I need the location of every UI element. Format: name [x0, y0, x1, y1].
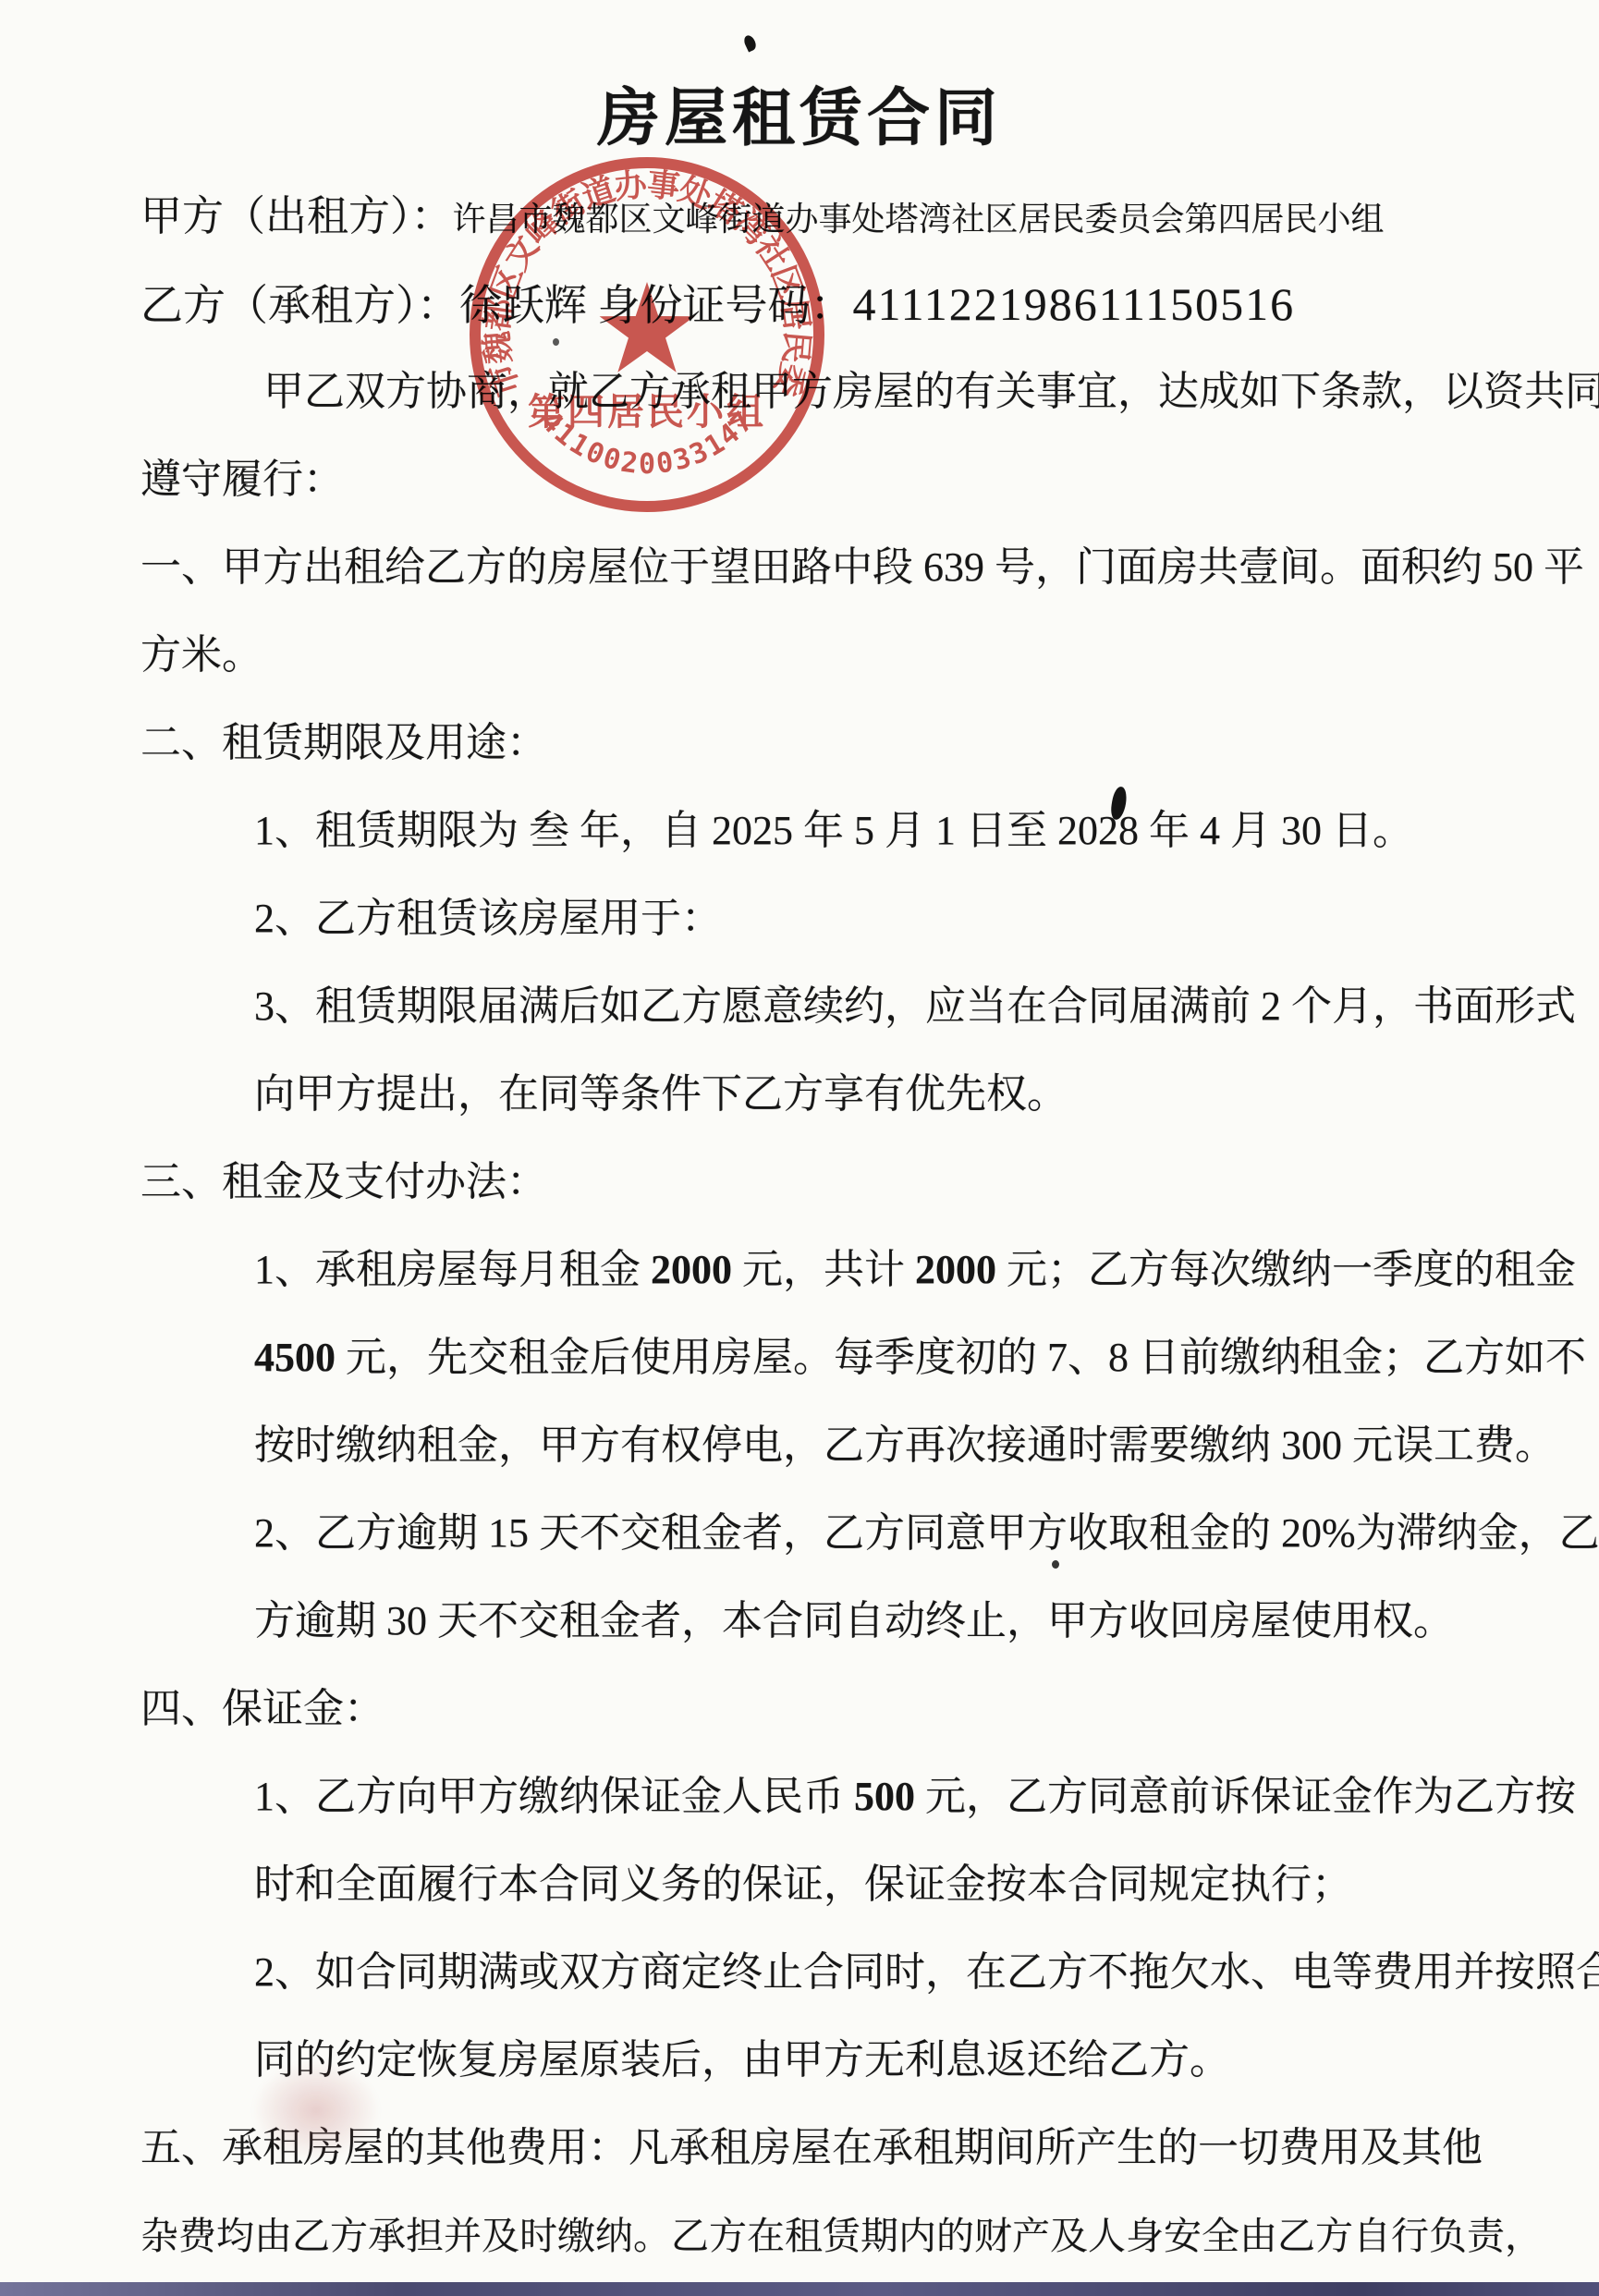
text-segment: 二、租赁期限及用途：: [140, 720, 547, 765]
scan-artifact-speck-small: [553, 338, 559, 346]
text-segment: 三、租金及支付办法：: [140, 1159, 547, 1204]
clause-2-1: 1、租赁期限为 叁 年，自 2025 年 5 月 1 日至 2028 年 4 月…: [254, 804, 1413, 858]
clause-3-2a: 2、乙方逾期 15 天不交租金者，乙方同意甲方收取租金的 20%为滞纳金，乙: [254, 1507, 1599, 1560]
text-segment: 方米。: [140, 632, 262, 678]
text-segment: 杂费均由乙方承担并及时缴纳。乙方在租赁期内的财产及人身安全由乙方自行负责，: [140, 2215, 1543, 2257]
clause-3-1b: 4500 元，先交租金后使用房屋。每季度初的 7、8 日前缴纳租金；乙方如不: [254, 1331, 1586, 1385]
text-segment: 向甲方提出，在同等条件下乙方享有优先权。: [254, 1071, 1068, 1117]
text-segment: 2、乙方租赁该房屋用于：: [254, 896, 722, 941]
section-4-heading: 四、保证金：: [140, 1682, 384, 1736]
clause-2-3b: 向甲方提出，在同等条件下乙方享有优先权。: [254, 1068, 1068, 1121]
official-seal: 许昌市魏都区文峰街道办事处塔湾社区居民委员会 第四居民小组 4110020033…: [448, 136, 846, 533]
text-segment: 1、承租房屋每月租金: [254, 1247, 651, 1292]
text-segment: 时和全面履行本合同义务的保证，保证金按本合同规定执行；: [254, 1862, 1352, 1907]
text-segment: 2、乙方逾期 15 天不交租金者，乙方同意甲方收取租金的 20%为滞纳金，乙: [254, 1510, 1599, 1556]
clause-3-1a: 1、承租房屋每月租金 2000 元，共计 2000 元；乙方每次缴纳一季度的租金: [254, 1243, 1576, 1297]
text-segment: 元，共计: [732, 1247, 915, 1292]
party-b-id-number: 411122198611150516: [853, 278, 1296, 330]
deposit-amount: 500: [854, 1774, 915, 1819]
section-5-line-2: 杂费均由乙方承担并及时缴纳。乙方在租赁期内的财产及人身安全由乙方自行负责，: [140, 2209, 1543, 2263]
clause-4-2b: 同的约定恢复房屋原装后，由甲方无利息返还给乙方。: [254, 2033, 1230, 2087]
monthly-rent-amount: 2000: [651, 1247, 732, 1292]
scan-artifact-speck-mid-right: [1052, 1560, 1059, 1569]
quarterly-rent-amount: 4500: [254, 1335, 336, 1380]
text-segment: 按时缴纳租金，甲方有权停电，乙方再次接通时需要缴纳 300 元误工费。: [254, 1423, 1556, 1468]
party-a-label: 甲方（出租方）：: [140, 193, 453, 239]
text-segment: 四、保证金：: [140, 1686, 384, 1731]
clause-4-1a: 1、乙方向甲方缴纳保证金人民币 500 元，乙方同意前诉保证金作为乙方按: [254, 1770, 1576, 1824]
text-segment: 遵守履行：: [140, 457, 344, 502]
preamble-line-2: 遵守履行：: [140, 453, 344, 507]
clause-1-line-2: 方米。: [140, 629, 262, 682]
scan-artifact-pink-smudge: [251, 2059, 381, 2161]
text-segment: 同的约定恢复房屋原装后，由甲方无利息返还给乙方。: [254, 2037, 1230, 2082]
text-segment: 1、租赁期限为 叁 年，自 2025 年 5 月 1 日至 2028 年 4 月…: [254, 808, 1413, 853]
clause-2-3a: 3、租赁期限届满后如乙方愿意续约，应当在合同届满前 2 个月，书面形式: [254, 980, 1576, 1033]
text-segment: 2、如合同期满或双方商定终止合同时，在乙方不拖欠水、电等费用并按照合: [254, 1949, 1599, 1995]
text-segment: 元，乙方同意前诉保证金作为乙方按: [915, 1774, 1576, 1819]
scan-artifact-speck-top-right: [742, 33, 758, 52]
section-3-heading: 三、租金及支付办法：: [140, 1155, 547, 1209]
text-segment: 元，先交租金后使用房屋。每季度初的 7、8 日前缴纳租金；乙方如不: [336, 1335, 1586, 1380]
clause-3-1c: 按时缴纳租金，甲方有权停电，乙方再次接通时需要缴纳 300 元误工费。: [254, 1419, 1556, 1472]
text-segment: 方逾期 30 天不交租金者，本合同自动终止，甲方收回房屋使用权。: [254, 1598, 1454, 1643]
clause-4-2a: 2、如合同期满或双方商定终止合同时，在乙方不拖欠水、电等费用并按照合: [254, 1946, 1599, 1999]
scanned-contract-page: 房屋租赁合同 甲方（出租方）：许昌市魏都区文峰街道办事处塔湾社区居民委员会第四居…: [0, 0, 1599, 2296]
scan-edge-strip: [0, 2282, 1599, 2296]
clause-2-2: 2、乙方租赁该房屋用于：: [254, 892, 722, 946]
clause-4-1b: 时和全面履行本合同义务的保证，保证金按本合同规定执行；: [254, 1858, 1352, 1911]
text-segment: 一、甲方出租给乙方的房屋位于望田路中段 639 号，门面房共壹间。面积约 50 …: [140, 544, 1584, 590]
text-segment: 3、租赁期限届满后如乙方愿意续约，应当在合同届满前 2 个月，书面形式: [254, 983, 1576, 1029]
text-segment: 1、乙方向甲方缴纳保证金人民币: [254, 1774, 854, 1819]
clause-3-2b: 方逾期 30 天不交租金者，本合同自动终止，甲方收回房屋使用权。: [254, 1594, 1454, 1648]
clause-1-line-1: 一、甲方出租给乙方的房屋位于望田路中段 639 号，门面房共壹间。面积约 50 …: [140, 541, 1584, 594]
text-segment: 元；乙方每次缴纳一季度的租金: [996, 1247, 1576, 1292]
section-2-heading: 二、租赁期限及用途：: [140, 716, 547, 770]
total-rent-amount: 2000: [915, 1247, 996, 1292]
star-icon: [600, 282, 695, 372]
